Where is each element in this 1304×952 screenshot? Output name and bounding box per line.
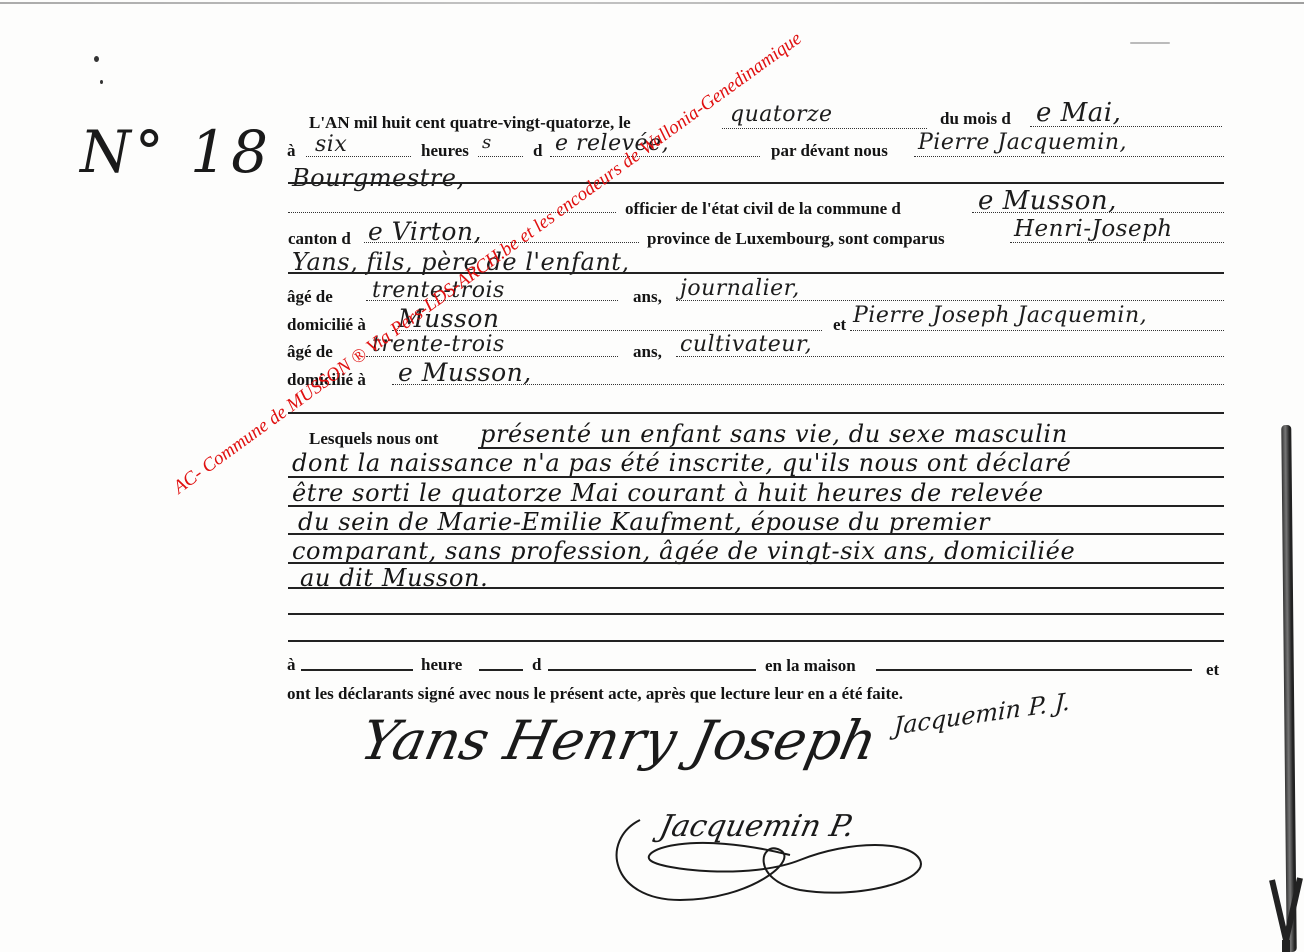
printed-ans: ans, — [633, 288, 662, 305]
fill-line — [548, 669, 756, 671]
printed-year-line: L'AN mil huit cent quatre-vingt-quatorze… — [309, 114, 631, 131]
body-line-4: du sein de Marie-Emilie Kaufment, épouse… — [298, 510, 990, 534]
ink-speck — [94, 56, 99, 62]
handwritten-hour: six — [315, 134, 347, 156]
fill-line — [392, 330, 822, 331]
body-underline — [288, 533, 1224, 535]
fill-line — [301, 669, 413, 671]
binding-knot — [1268, 870, 1304, 952]
printed-a: à — [287, 142, 296, 159]
fill-line — [478, 156, 523, 157]
handwritten-day: quatorze — [730, 104, 833, 126]
scanned-register-page: N° 18 L'AN mil huit cent quatre-vingt-qu… — [0, 0, 1304, 952]
printed-closing-heure: heure — [421, 656, 462, 673]
fill-line — [914, 156, 1224, 157]
printed-closing-d: d — [532, 656, 541, 673]
body-underline — [288, 505, 1224, 507]
fill-line — [392, 384, 1224, 385]
handwritten-declarant2-name: Pierre Joseph Jacquemin, — [853, 305, 1147, 327]
fill-line — [306, 156, 411, 157]
handwritten-declarant1-occupation: journalier, — [680, 278, 800, 300]
fill-line — [676, 356, 1224, 357]
signature-flourish — [600, 800, 960, 910]
handwritten-canton: e Virton, — [368, 219, 482, 244]
fill-line — [550, 156, 760, 157]
fill-line — [366, 356, 618, 357]
fill-line — [1010, 242, 1224, 243]
handwritten-commune: e Musson, — [978, 188, 1117, 214]
fill-line — [1030, 126, 1222, 127]
body-line-3: être sorti le quatorze Mai courant à hui… — [292, 481, 1044, 505]
handwritten-month: e Mai, — [1036, 100, 1121, 126]
fill-line — [850, 330, 1224, 331]
fill-line — [288, 272, 1224, 274]
printed-canton: canton d — [288, 230, 351, 247]
fill-line — [479, 669, 523, 671]
printed-age-label-2: âgé de — [287, 343, 333, 360]
fill-line — [366, 300, 618, 301]
body-underline — [288, 587, 1224, 589]
signature-yans-henry-joseph: Yans Henry Joseph — [356, 714, 881, 768]
handwritten-officer-title: Bourgmestre, — [292, 166, 465, 190]
printed-d: d — [533, 142, 542, 159]
printed-age-label: âgé de — [287, 288, 333, 305]
printed-month-label: du mois d — [940, 110, 1011, 127]
fill-line — [288, 182, 1224, 184]
blank-line — [288, 640, 1224, 642]
printed-domicile: domicilié à — [287, 316, 366, 333]
body-line-1: présenté un enfant sans vie, du sexe mas… — [480, 422, 1068, 446]
section-separator — [288, 412, 1224, 414]
handwritten-officer-name: Pierre Jacquemin, — [918, 132, 1127, 154]
ink-speck — [100, 80, 103, 84]
printed-heures: heures — [421, 142, 469, 159]
signature-jacquemin-pj: Jacquemin P. J. — [893, 689, 1070, 738]
act-number: N° 18 — [80, 118, 272, 186]
printed-et: et — [833, 316, 846, 333]
printed-closing-a: à — [287, 656, 296, 673]
fill-line — [876, 669, 1192, 671]
printed-par-devant-nous: par dévant nous — [771, 142, 888, 159]
body-line-2: dont la naissance n'a pas été inscrite, … — [292, 451, 1071, 475]
handwritten-declarant2-domicile: e Musson, — [398, 360, 532, 385]
fill-line — [676, 300, 1224, 301]
printed-en-la-maison: en la maison — [765, 657, 856, 674]
fill-line — [972, 212, 1224, 213]
printed-lesquels-nous-ont: Lesquels nous ont — [309, 430, 438, 447]
handwritten-declarant1-name: Henri-Joseph — [1014, 218, 1173, 241]
printed-ans-2: ans, — [633, 343, 662, 360]
printed-signed-statement: ont les déclarants signé avec nous le pr… — [287, 685, 903, 702]
fill-line — [722, 128, 927, 129]
handwritten-heures-suffix: s — [482, 134, 492, 152]
page-top-edge — [0, 2, 1304, 4]
printed-closing-et: et — [1206, 661, 1219, 678]
body-line-5: comparant, sans profession, âgée de ving… — [292, 539, 1075, 563]
printed-province: province de Luxembourg, sont comparus — [647, 230, 945, 247]
printed-officier-label: officier de l'état civil de la commune d — [625, 200, 901, 217]
body-underline — [288, 476, 1224, 478]
handwritten-declarant2-occupation: cultivateur, — [680, 334, 812, 356]
ink-smudge — [1130, 42, 1170, 44]
blank-line — [288, 613, 1224, 615]
